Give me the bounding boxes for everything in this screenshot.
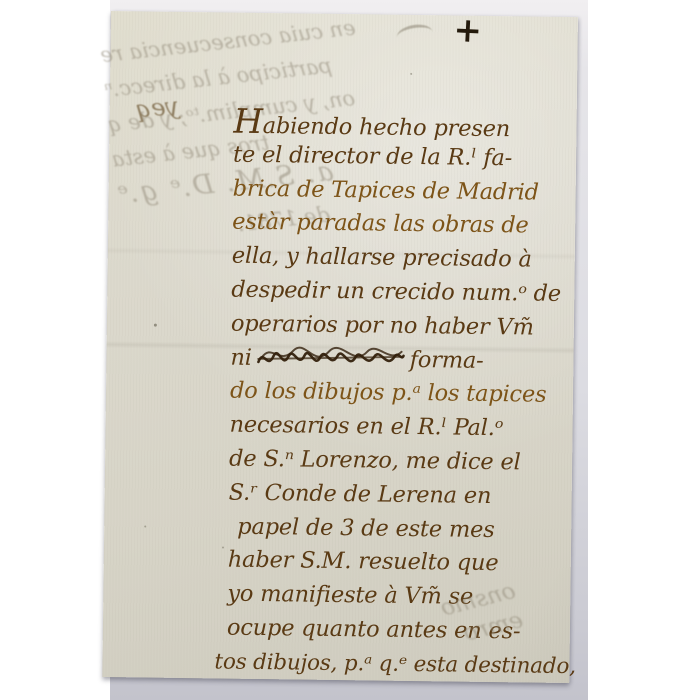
manuscript-line: do los dibujos p.ᵃ los tapices (230, 375, 582, 413)
ink-speck (222, 546, 224, 548)
manuscript-word: forma- (410, 344, 484, 379)
show-through-fragment-dark: yeq (135, 92, 181, 124)
manuscript-photo: + en cuia consecuencia re participo à la… (110, 0, 588, 700)
manuscript-line: S.ʳ Conde de Lerena en (228, 476, 580, 514)
manuscript-line: despedir un crecido num.ᵒ de (231, 274, 583, 312)
manuscript-word: ni (230, 341, 252, 375)
ink-speck (144, 525, 146, 527)
cross-ink-mark: + (452, 16, 483, 47)
manuscript-line: papel de 3 de este mes (237, 510, 580, 548)
manuscript-line: te el director de la R.ˡ fa- (233, 138, 585, 176)
manuscript-line: ella, y hallarse precisado à (232, 240, 584, 278)
manuscript-line-crossed-out: ni forma- (230, 341, 582, 379)
manuscript-line: haber S.M. resuelto que (228, 544, 580, 582)
manuscript-line: brica de Tapices de Madrid (232, 172, 584, 210)
manuscript-line: Habiendo hecho presen (233, 105, 585, 143)
manuscript-line: necesarios en el R.ˡ Pal.ᵒ (229, 409, 581, 447)
letter-paper: + en cuia consecuencia re participo à la… (102, 11, 578, 683)
manuscript-line: de S.ⁿ Lorenzo, me dice el (229, 443, 581, 481)
letter-text-block: Habiendo hecho presen te el director de … (226, 105, 585, 684)
manuscript-line: estàr paradas las obras de (232, 206, 584, 244)
manuscript-line: operarios por no haber Vm̃ (231, 307, 583, 345)
crossed-out-scribble (255, 345, 407, 373)
ink-speck (154, 324, 157, 327)
photo-canvas: + en cuia consecuencia re participo à la… (0, 0, 700, 700)
